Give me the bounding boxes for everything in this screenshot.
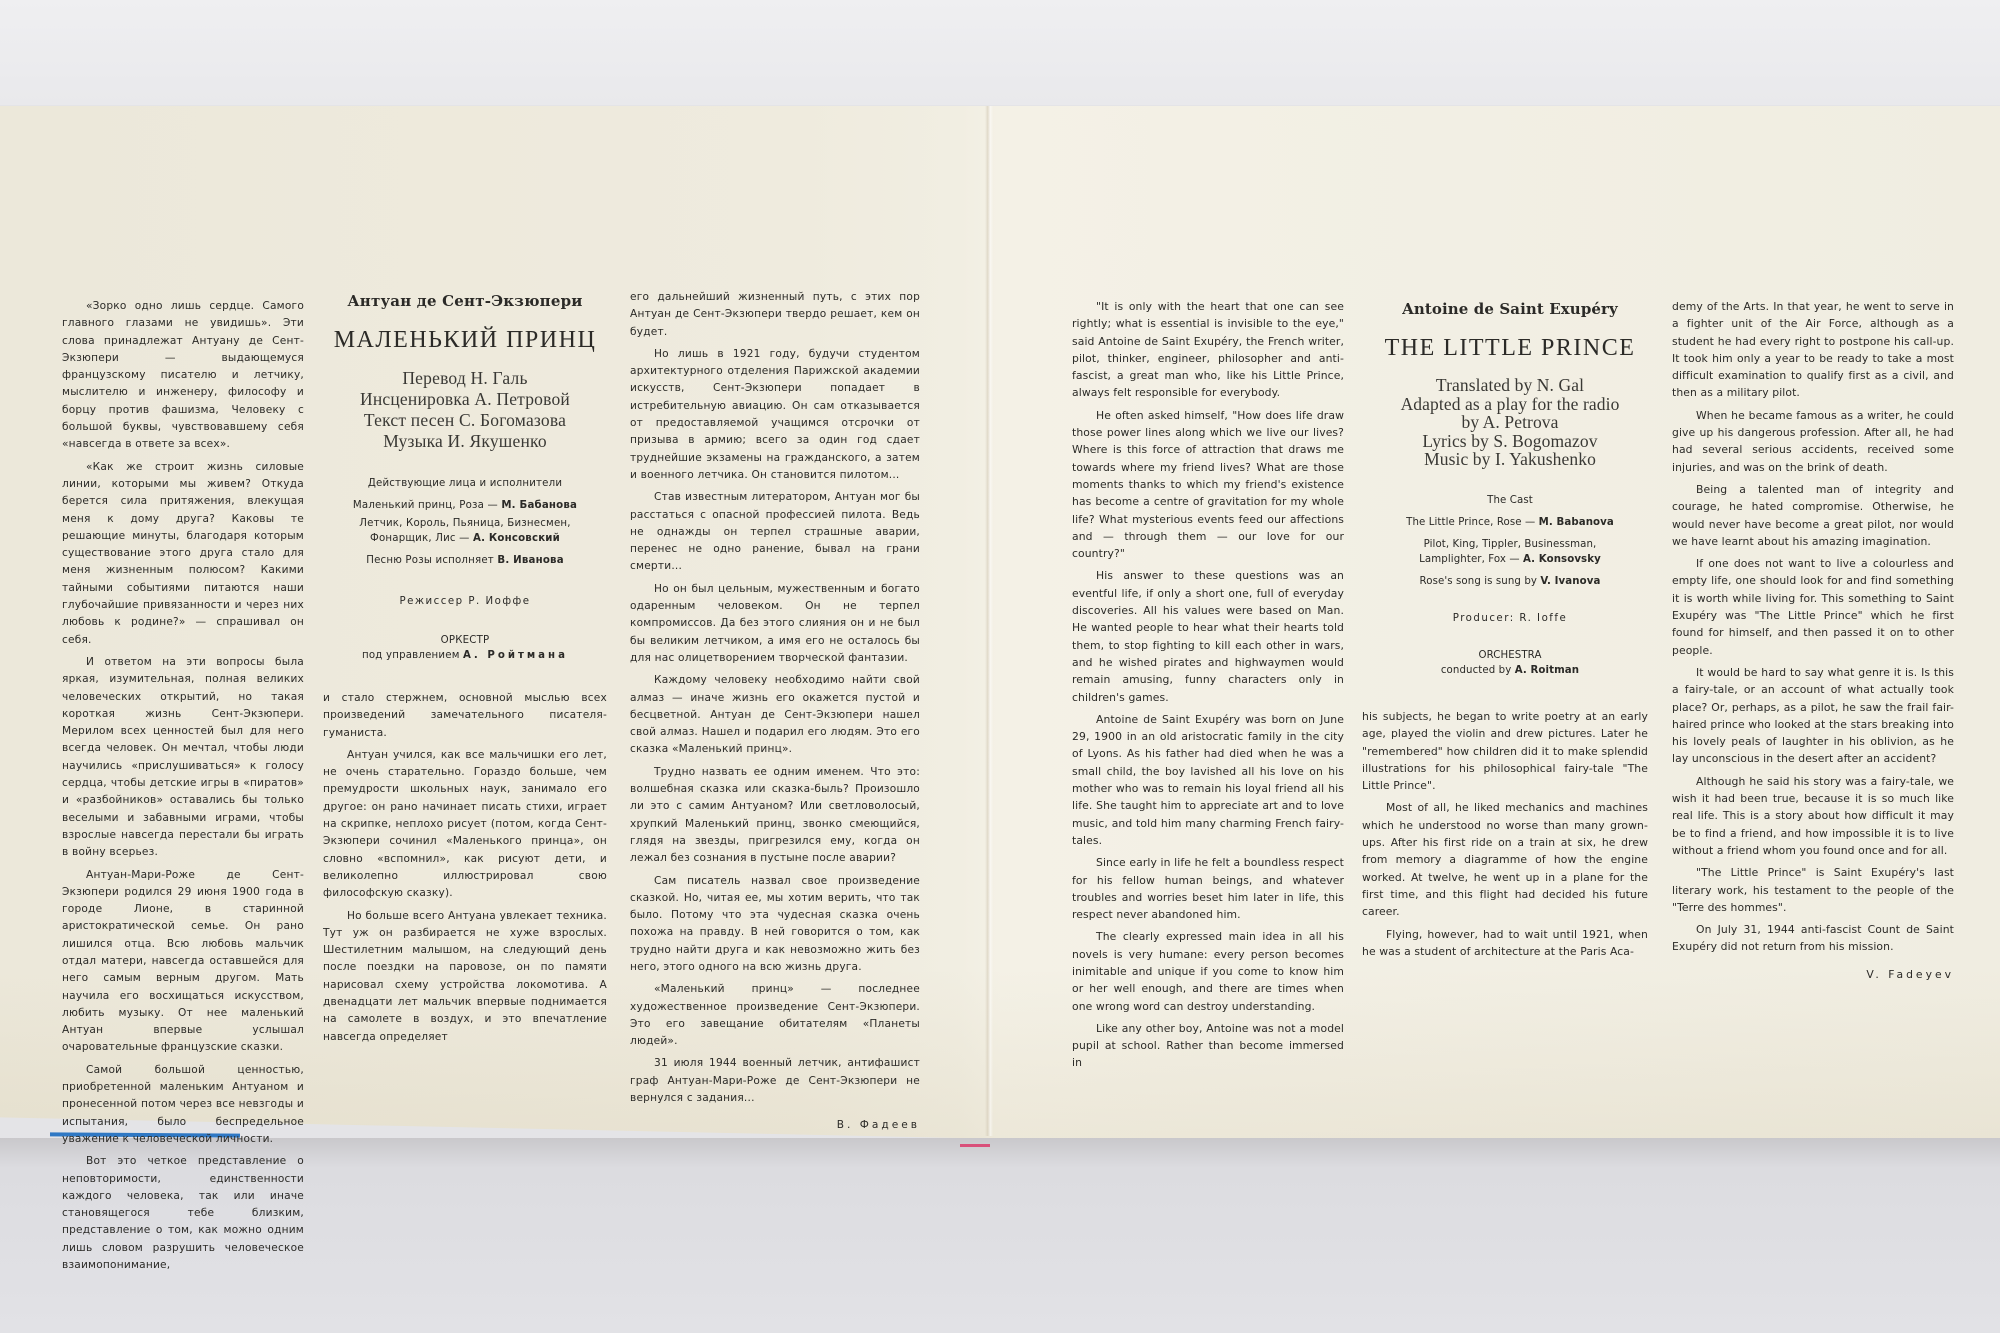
paragraph: «Зорко одно лишь сердце. Самого главного… xyxy=(62,298,304,454)
paragraph: his subjects, he began to write poetry a… xyxy=(1362,708,1648,794)
conductor-name: A. Roitman xyxy=(1515,665,1579,676)
credit-line: Инсценировка А. Петровой xyxy=(330,389,600,410)
cast-performer: A. Konsovsky xyxy=(1523,554,1601,565)
paragraph: Antoine de Saint Exupéry was born on Jun… xyxy=(1072,711,1344,849)
cast-roles: Песню Розы исполняет xyxy=(366,555,494,566)
paragraph: «Как же строит жизнь силовые линии, кото… xyxy=(62,459,304,649)
paragraph: Flying, however, had to wait until 1921,… xyxy=(1362,926,1648,961)
cast-entry: The Little Prince, Rose — M. Babanova xyxy=(1375,515,1645,530)
paragraph: 31 июля 1944 военный летчик, антифашист … xyxy=(630,1055,920,1107)
cast-roles: Rose's song is sung by xyxy=(1420,576,1537,587)
cover-edge-pink xyxy=(960,1144,990,1147)
signature: В. Фадеев xyxy=(630,1117,920,1134)
conductor-prefix: conducted by xyxy=(1441,665,1511,676)
credit-line: Adapted as a play for the radio xyxy=(1375,395,1645,414)
cast-performer: А. Консовский xyxy=(473,533,560,544)
paragraph: It would be hard to say what genre it is… xyxy=(1672,664,1954,768)
paragraph: Most of all, he liked mechanics and mach… xyxy=(1362,799,1648,920)
paragraph: When he became famous as a writer, he co… xyxy=(1672,407,1954,476)
paragraph: Став известным литератором, Антуан мог б… xyxy=(630,489,920,575)
background-top xyxy=(0,0,2000,105)
director: Режиссер Р. Иоффе xyxy=(330,594,600,609)
orchestra-conductor: под управлением А. Ройтмана xyxy=(330,648,600,663)
paragraph: Although he said his story was a fairy-t… xyxy=(1672,773,1954,859)
left-column-1: «Зорко одно лишь сердце. Самого главного… xyxy=(62,298,304,1279)
book-title: МАЛЕНЬКИЙ ПРИНЦ xyxy=(330,327,600,354)
paragraph: и стало стержнем, основной мыслью всех п… xyxy=(323,690,607,742)
cast-entry: Маленький принц, Роза — М. Бабанова xyxy=(330,498,600,513)
paragraph: Антуан учился, как все мальчишки его лет… xyxy=(323,747,607,903)
paragraph: Самой большой ценностью, приобретенной м… xyxy=(62,1062,304,1148)
left-title-block: Антуан де Сент-Экзюпери МАЛЕНЬКИЙ ПРИНЦ … xyxy=(330,292,600,663)
credit-line: Перевод Н. Галь xyxy=(330,368,600,389)
paragraph: "The Little Prince" is Saint Exupéry's l… xyxy=(1672,864,1954,916)
credit-line: Music by I. Yakushenko xyxy=(1375,450,1645,469)
paragraph: Like any other boy, Antoine was not a mo… xyxy=(1072,1020,1344,1072)
paragraph: И ответом на эти вопросы была яркая, изу… xyxy=(62,654,304,862)
paragraph: Каждому человеку необходимо найти свой а… xyxy=(630,672,920,758)
cast-entry: Rose's song is sung by V. Ivanova xyxy=(1375,574,1645,589)
director: Producer: R. Ioffe xyxy=(1375,611,1645,626)
paragraph: Being a talented man of integrity and co… xyxy=(1672,481,1954,550)
credits: Перевод Н. Галь Инсценировка А. Петровой… xyxy=(330,368,600,452)
cast-roles: The Little Prince, Rose — xyxy=(1406,517,1535,528)
gatefold-spine-fold xyxy=(985,106,993,1136)
credit-line: Музыка И. Якушенко xyxy=(330,431,600,452)
cast-entry: Pilot, King, Tippler, Businessman, Lampl… xyxy=(1375,537,1645,567)
paragraph: The clearly expressed main idea in all h… xyxy=(1072,928,1344,1014)
paragraph: его дальнейший жизненный путь, с этих по… xyxy=(630,289,920,341)
orchestra-conductor: conducted by A. Roitman xyxy=(1375,663,1645,678)
credit-line: by A. Petrova xyxy=(1375,413,1645,432)
right-column-3: demy of the Arts. In that year, he went … xyxy=(1672,298,1954,983)
conductor-name: А. Ройтмана xyxy=(463,650,568,661)
paragraph: Но он был цельным, мужественным и богато… xyxy=(630,581,920,667)
orchestra-label: ORCHESTRA xyxy=(1375,648,1645,663)
cast-heading: Действующие лица и исполнители xyxy=(330,476,600,491)
paragraph: His answer to these questions was an eve… xyxy=(1072,567,1344,705)
signature: V. Fadeyev xyxy=(1672,966,1954,983)
paragraph: On July 31, 1944 anti-fascist Count de S… xyxy=(1672,921,1954,956)
paragraph: Антуан-Мари-Роже де Сент-Экзюпери родилс… xyxy=(62,867,304,1057)
book-title: THE LITTLE PRINCE xyxy=(1375,335,1645,362)
paragraph: Сам писатель назвал свое произведение ск… xyxy=(630,873,920,977)
cast-performer: V. Ivanova xyxy=(1540,576,1600,587)
right-column-1: "It is only with the heart that one can … xyxy=(1072,298,1344,1077)
paragraph: Но больше всего Антуана увлекает техника… xyxy=(323,908,607,1046)
orchestra-label: ОРКЕСТР xyxy=(330,633,600,648)
credit-line: Текст песен С. Богомазова xyxy=(330,410,600,431)
conductor-prefix: под управлением xyxy=(362,650,460,661)
cast-roles: Маленький принц, Роза — xyxy=(353,500,498,511)
cast-performer: М. Бабанова xyxy=(501,500,577,511)
cast-performer: В. Иванова xyxy=(497,555,563,566)
right-column-2-bottom: his subjects, he began to write poetry a… xyxy=(1362,708,1648,965)
paragraph: He often asked himself, "How does life d… xyxy=(1072,407,1344,563)
paragraph: "It is only with the heart that one can … xyxy=(1072,298,1344,402)
paragraph: demy of the Arts. In that year, he went … xyxy=(1672,298,1954,402)
paragraph: If one does not want to live a colourles… xyxy=(1672,555,1954,659)
author-name: Антуан де Сент-Экзюпери xyxy=(330,292,600,310)
credits: Translated by N. Gal Adapted as a play f… xyxy=(1375,376,1645,469)
paragraph: Но лишь в 1921 году, будучи студентом ар… xyxy=(630,346,920,484)
cast-entry: Песню Розы исполняет В. Иванова xyxy=(330,553,600,568)
cast-entry: Летчик, Король, Пьяница, Бизнесмен, Фона… xyxy=(330,516,600,546)
paragraph: «Маленький принц» — последнее художестве… xyxy=(630,981,920,1050)
author-name: Antoine de Saint Exupéry xyxy=(1375,300,1645,318)
left-column-3: его дальнейший жизненный путь, с этих по… xyxy=(630,289,920,1135)
cast-heading: The Cast xyxy=(1375,493,1645,508)
credit-line: Lyrics by S. Bogomazov xyxy=(1375,432,1645,451)
paragraph: Since early in life he felt a boundless … xyxy=(1072,854,1344,923)
left-column-2-bottom: и стало стержнем, основной мыслью всех п… xyxy=(323,690,607,1051)
paragraph: Вот это четкое представление о неповтори… xyxy=(62,1153,304,1274)
cast-performer: M. Babanova xyxy=(1539,517,1614,528)
paragraph: Трудно назвать ее одним именем. Что это:… xyxy=(630,764,920,868)
right-title-block: Antoine de Saint Exupéry THE LITTLE PRIN… xyxy=(1375,300,1645,678)
credit-line: Translated by N. Gal xyxy=(1375,376,1645,395)
